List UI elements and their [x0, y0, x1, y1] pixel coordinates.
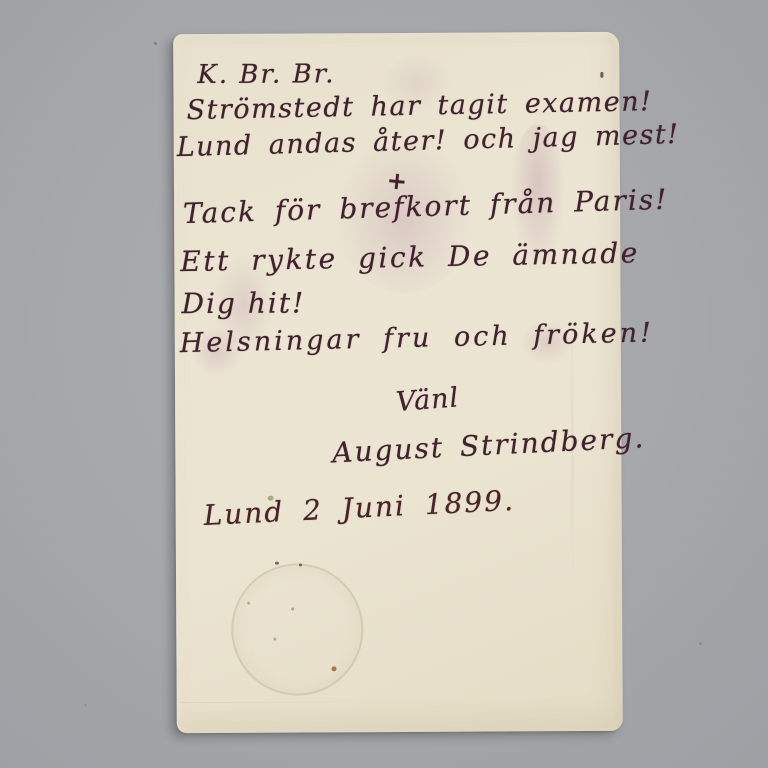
- handwritten-line: Dig hit!: [182, 289, 306, 318]
- photograph-scene: K. Br. Br. Strömstedt har tagit examen! …: [0, 0, 768, 768]
- postmark-speck: [275, 562, 279, 565]
- background-speck: [699, 642, 702, 645]
- salutation-line: K. Br. Br.: [197, 61, 335, 88]
- handwritten-line: Lund andas åter! och jag mest!: [176, 121, 680, 161]
- handwritten-line: Helsningar fru och fröken!: [179, 319, 654, 357]
- handwritten-line: Ett rykte gick De ämnade: [180, 239, 640, 276]
- postmark-speck: [273, 638, 276, 641]
- paper-speck: [331, 666, 336, 671]
- handwritten-line: Strömstedt har tagit examen!: [186, 88, 652, 124]
- postmark-speck: [247, 602, 250, 605]
- postmark-speck: [291, 608, 294, 611]
- postmark-circle-stamp: [231, 563, 364, 696]
- background-speck: [84, 704, 87, 706]
- paper-crease: [181, 701, 391, 703]
- ink-fleck: [600, 72, 603, 78]
- handwritten-line: Tack för brefkort från Paris!: [183, 186, 669, 228]
- background-speck: [154, 42, 157, 45]
- postcard: K. Br. Br. Strömstedt har tagit examen! …: [173, 32, 623, 733]
- photo-background: { "scene": { "background_color": "#a5a7a…: [0, 0, 768, 768]
- signature: August Strindberg.: [332, 424, 646, 467]
- postmark-speck: [299, 564, 302, 567]
- place-date-line: Lund 2 Juni 1899.: [203, 487, 516, 530]
- closing-line: Vänl: [395, 384, 460, 416]
